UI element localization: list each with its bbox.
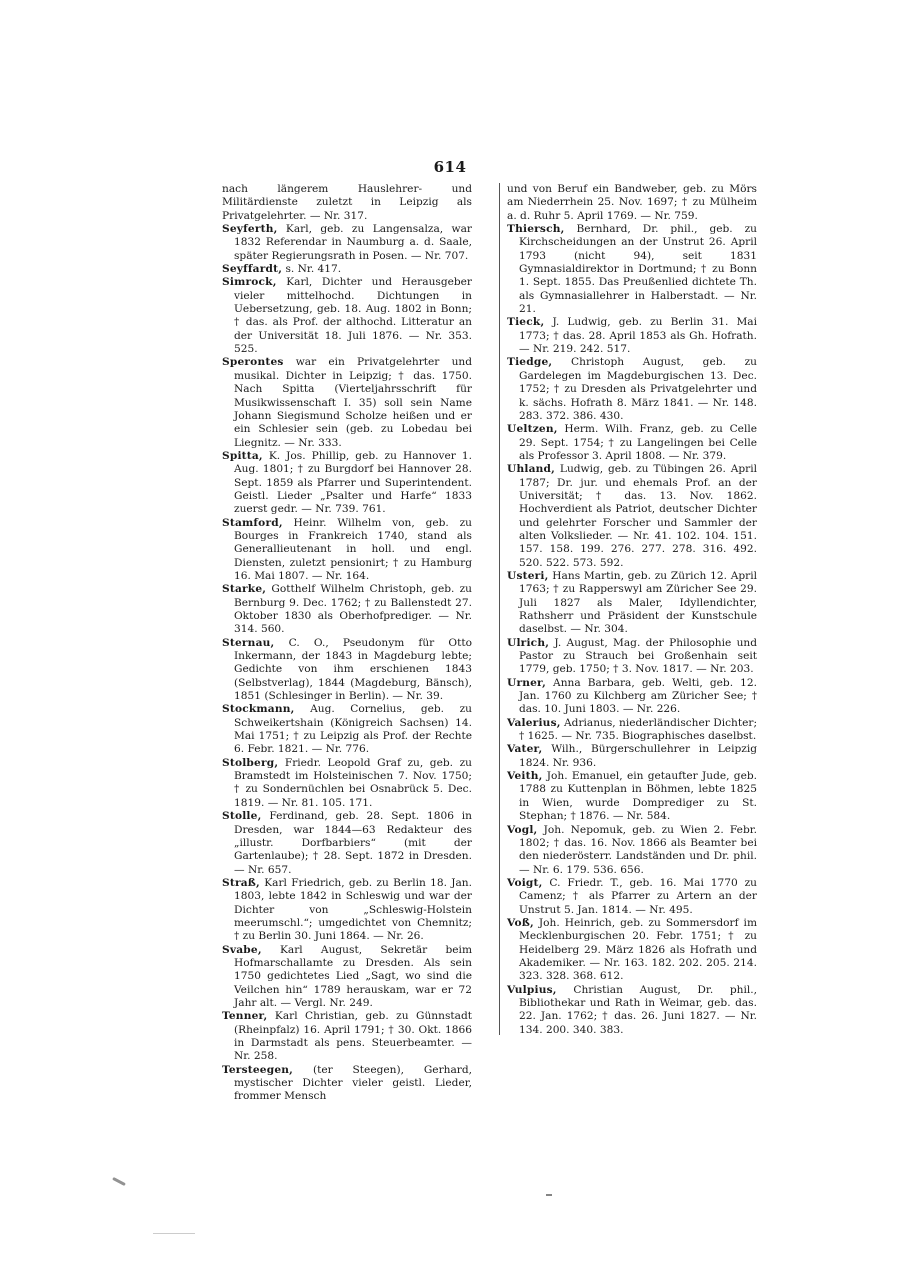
entry-headword: Stolle,	[222, 810, 262, 822]
entry: Ueltzen, Herm. Wilh. Franz, geb. zu Cell…	[507, 423, 757, 463]
entry: Thiersch, Bernhard, Dr. phil., geb. zu K…	[507, 223, 757, 316]
entry-headword: Seyffardt,	[222, 263, 282, 275]
entry-headword: Stolberg,	[222, 757, 278, 769]
entry: Sternau, C. O., Pseudonym für Otto Inker…	[222, 637, 472, 704]
entry-headword: Spitta,	[222, 450, 263, 462]
entry-continuation: nach längerem Hauslehrer- und Militärdie…	[222, 183, 472, 223]
entry: Veith, Joh. Emanuel, ein getaufter Jude,…	[507, 770, 757, 823]
entry-text: und von Beruf ein Bandweber, geb. zu Mör…	[507, 183, 757, 222]
entry: Stolle, Ferdinand, geb. 28. Sept. 1806 i…	[222, 810, 472, 877]
entry-text: Christoph August, geb. zu Gardelegen im …	[519, 356, 757, 421]
entry-text: Hans Martin, geb. zu Zürich 12. April 17…	[519, 570, 757, 635]
entry: Valerius, Adrianus, niederländischer Dic…	[507, 717, 757, 744]
entry: Tenner, Karl Christian, geb. zu Günnstad…	[222, 1010, 472, 1063]
entry-headword: Urner,	[507, 677, 546, 689]
entry: Stamford, Heinr. Wilhelm von, geb. zu Bo…	[222, 517, 472, 584]
entry-headword: Straß,	[222, 877, 260, 889]
entry-text: Anna Barbara, geb. Welti, geb. 12. Jan. …	[519, 677, 757, 716]
column-divider	[499, 183, 500, 1035]
entry: Sperontes war ein Privatgelehrter und mu…	[222, 356, 472, 449]
entry: Stockmann, Aug. Cornelius, geb. zu Schwe…	[222, 703, 472, 756]
entry-headword: Tersteegen,	[222, 1064, 293, 1076]
entry-headword: Svabe,	[222, 944, 262, 956]
entry-text: J. Ludwig, geb. zu Berlin 31. Mai 1773; …	[519, 316, 757, 355]
entry-headword: Tenner,	[222, 1010, 267, 1022]
entry-headword: Simrock,	[222, 276, 277, 288]
entry: Tieck, J. Ludwig, geb. zu Berlin 31. Mai…	[507, 316, 757, 356]
entry: Straß, Karl Friedrich, geb. zu Berlin 18…	[222, 877, 472, 944]
entry-headword: Sperontes	[222, 356, 284, 368]
right-column: und von Beruf ein Bandweber, geb. zu Mör…	[507, 183, 757, 1037]
entry: Starke, Gotthelf Wilhelm Christoph, geb.…	[222, 583, 472, 636]
entry: Usteri, Hans Martin, geb. zu Zürich 12. …	[507, 570, 757, 637]
entry: Tersteegen, (ter Steegen), Gerhard, myst…	[222, 1064, 472, 1104]
entry-continuation: und von Beruf ein Bandweber, geb. zu Mör…	[507, 183, 757, 223]
entry-text: s. Nr. 417.	[282, 263, 341, 275]
entry-text: Karl August, Sekretär beim Hofmarschalla…	[234, 944, 472, 1009]
entry-text: war ein Privatgelehrter und musikal. Dic…	[234, 356, 472, 448]
entry-headword: Stamford,	[222, 517, 283, 529]
entry-text: Bernhard, Dr. phil., geb. zu Kirchscheid…	[519, 223, 757, 315]
entry-headword: Vogl,	[507, 824, 537, 836]
scan-artifact	[546, 1194, 552, 1196]
entry-text: Wilh., Bürgerschullehrer in Leipzig 1824…	[519, 743, 757, 768]
entry: Vater, Wilh., Bürgerschullehrer in Leipz…	[507, 743, 757, 770]
scan-artifact	[153, 1233, 195, 1234]
entry-headword: Stockmann,	[222, 703, 295, 715]
entry: Stolberg, Friedr. Leopold Graf zu, geb. …	[222, 757, 472, 810]
left-column: nach längerem Hauslehrer- und Militärdie…	[222, 183, 472, 1104]
entry-headword: Starke,	[222, 583, 266, 595]
entry: Ulrich, J. August, Mag. der Philosophie …	[507, 637, 757, 677]
entry-text: J. August, Mag. der Philosophie und Past…	[519, 637, 757, 676]
entry-text: Joh. Emanuel, ein getaufter Jude, geb. 1…	[519, 770, 757, 822]
entry-headword: Voß,	[507, 917, 534, 929]
entry: Voß, Joh. Heinrich, geb. zu Sommersdorf …	[507, 917, 757, 984]
entry-headword: Veith,	[507, 770, 543, 782]
entry-headword: Ulrich,	[507, 637, 549, 649]
entry-headword: Vater,	[507, 743, 542, 755]
entry-text: C. Friedr. T., geb. 16. Mai 1770 zu Came…	[519, 877, 757, 916]
entry: Vogl, Joh. Nepomuk, geb. zu Wien 2. Febr…	[507, 824, 757, 877]
entry: Spitta, K. Jos. Phillip, geb. zu Hannove…	[222, 450, 472, 517]
entry: Svabe, Karl August, Sekretär beim Hofmar…	[222, 944, 472, 1011]
scan-artifact	[112, 1177, 126, 1186]
entry-headword: Ueltzen,	[507, 423, 558, 435]
entry-text: Karl Christian, geb. zu Günnstadt (Rhein…	[234, 1010, 472, 1062]
entry-text: Joh. Nepomuk, geb. zu Wien 2. Febr. 1802…	[519, 824, 757, 876]
entry-text: nach längerem Hauslehrer- und Militärdie…	[222, 183, 472, 222]
entry-headword: Valerius,	[507, 717, 561, 729]
entry: Voigt, C. Friedr. T., geb. 16. Mai 1770 …	[507, 877, 757, 917]
entry: Vulpius, Christian August, Dr. phil., Bi…	[507, 984, 757, 1037]
entry: Seyffardt, s. Nr. 417.	[222, 263, 472, 276]
entry: Urner, Anna Barbara, geb. Welti, geb. 12…	[507, 677, 757, 717]
entry-headword: Tiedge,	[507, 356, 552, 368]
entry-text: Gotthelf Wilhelm Christoph, geb. zu Bern…	[234, 583, 472, 635]
entry-text: Ferdinand, geb. 28. Sept. 1806 in Dresde…	[234, 810, 472, 875]
entry: Uhland, Ludwig, geb. zu Tübingen 26. Apr…	[507, 463, 757, 570]
entry-headword: Thiersch,	[507, 223, 565, 235]
page-number: 614	[0, 158, 900, 176]
entry: Seyferth, Karl, geb. zu Langensalza, war…	[222, 223, 472, 263]
entry-headword: Seyferth,	[222, 223, 278, 235]
entry-headword: Vulpius,	[507, 984, 557, 996]
entry-headword: Sternau,	[222, 637, 274, 649]
entry-text: K. Jos. Phillip, geb. zu Hannover 1. Aug…	[234, 450, 472, 515]
entry-text: Joh. Heinrich, geb. zu Sommersdorf im Me…	[519, 917, 757, 982]
entry-text: Karl Friedrich, geb. zu Berlin 18. Jan. …	[234, 877, 472, 942]
entry-headword: Tieck,	[507, 316, 544, 328]
entry-headword: Voigt,	[507, 877, 543, 889]
entry-headword: Usteri,	[507, 570, 549, 582]
entry: Simrock, Karl, Dichter und Herausgeber v…	[222, 276, 472, 356]
entry: Tiedge, Christoph August, geb. zu Gardel…	[507, 356, 757, 423]
entry-headword: Uhland,	[507, 463, 555, 475]
entry-text: Ludwig, geb. zu Tübingen 26. April 1787;…	[519, 463, 757, 568]
